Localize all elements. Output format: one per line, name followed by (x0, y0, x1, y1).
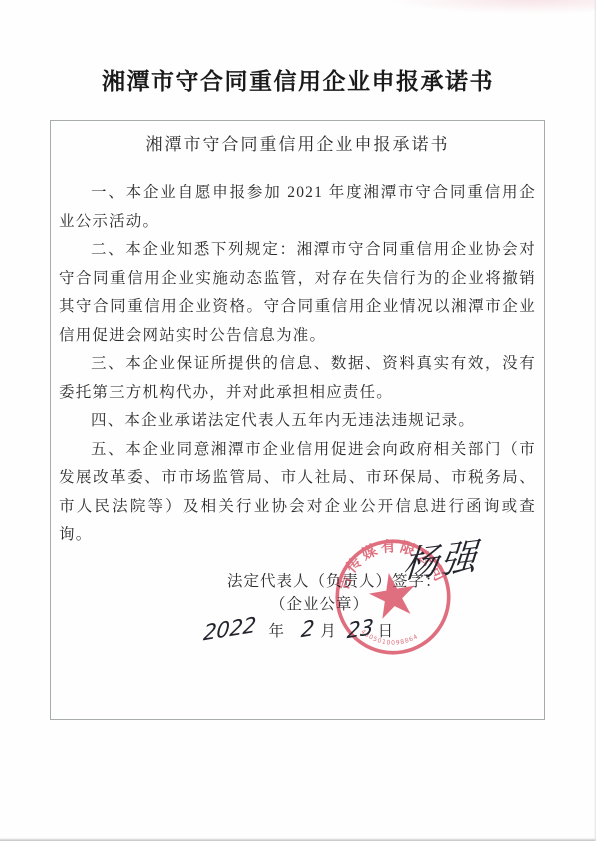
legal-representative-signature: 杨强 (401, 528, 481, 589)
scan-smudge (386, 0, 596, 14)
date-line: 2022 年 2 月 23 日 (203, 617, 394, 641)
letter-paragraph-3: 三、本企业保证所提供的信息、数据、资料真实有效，没有委托第三方机构代办，并对此承… (59, 350, 536, 407)
letter-title: 湘潭市守合同重信用企业申报承诺书 (59, 130, 536, 155)
company-seal-note: （企业公章） (270, 592, 369, 614)
letter-paragraph-1: 一、本企业自愿申报参加 2021 年度湘潭市守合同重信用企业公示活动。 (59, 179, 536, 236)
letter-paragraph-4: 四、本企业承诺法定代表人五年内无违法违规记录。 (59, 407, 536, 436)
commitment-letter-box: 湘潭市守合同重信用企业申报承诺书 一、本企业自愿申报参加 2021 年度湘潭市守… (50, 120, 545, 720)
day-label: 日 (378, 619, 395, 641)
handwritten-day: 23 (346, 615, 375, 644)
scanned-document-page: 湘潭市守合同重信用企业申报承诺书 湘潭市守合同重信用企业申报承诺书 一、本企业自… (0, 0, 596, 841)
handwritten-month: 2 (300, 616, 315, 643)
document-title: 湘潭市守合同重信用企业申报承诺书 (0, 63, 596, 96)
handwritten-year: 2022 (202, 612, 257, 645)
letter-paragraph-2: 二、本企业知悉下列规定：湘潭市守合同重信用企业协会对守合同重信用企业实施动态监管… (59, 236, 536, 350)
month-label: 月 (320, 619, 337, 641)
year-label: 年 (268, 619, 285, 641)
